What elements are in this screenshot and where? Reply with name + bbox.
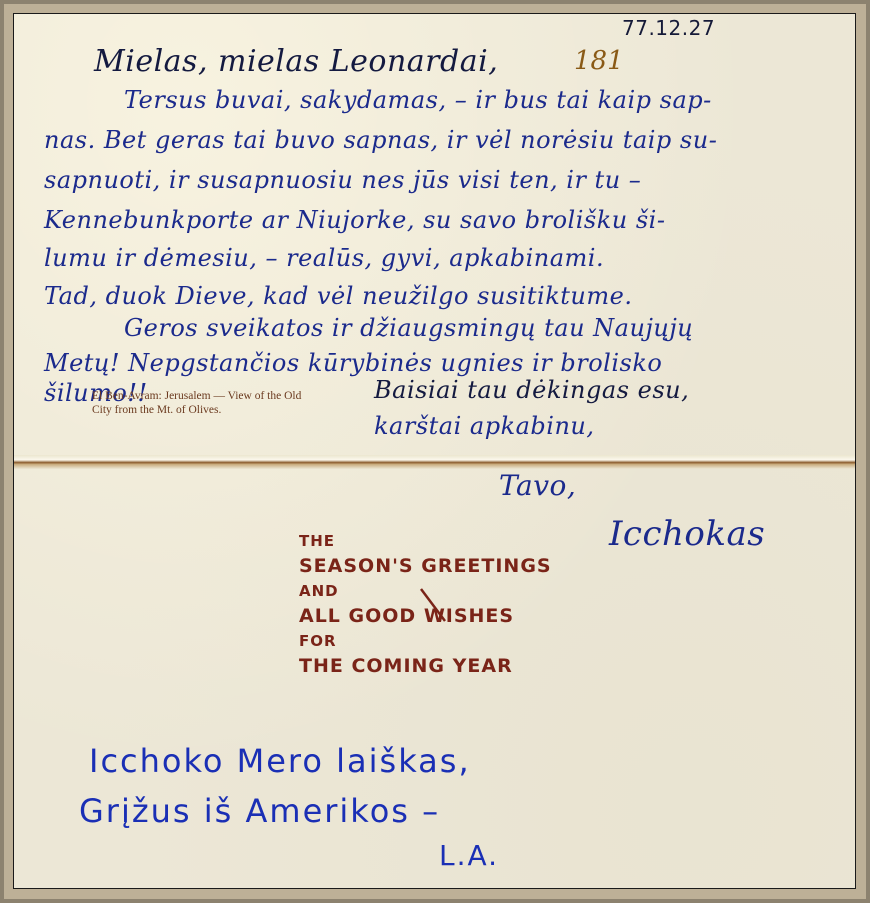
annotation-line: Icchoko Mero laiškas, (89, 742, 471, 780)
body-line: Geros sveikatos ir džiaugsmingų tau Nauj… (124, 314, 693, 342)
greeting-line: THE (299, 529, 552, 554)
card-fold (14, 455, 855, 469)
greeting-line: THE COMING YEAR (299, 654, 552, 679)
annotation-line: Grįžus iš Amerikos – (79, 792, 440, 830)
archive-mark: 181 (574, 46, 624, 76)
body-line: Tersus buvai, sakydamas, – ir bus tai ka… (124, 86, 712, 114)
caption-line: El Ben-Avram: Jerusalem — View of the Ol… (92, 389, 301, 403)
salutation: Mielas, mielas Leonardai, (94, 44, 498, 79)
signature: Icchokas (609, 514, 765, 554)
closing-line: karštai apkabinu, (374, 412, 595, 440)
body-line: Tad, duok Dieve, kad vėl neužilgo susiti… (44, 282, 632, 310)
letter-date: 77.12.27 (622, 16, 715, 40)
body-line: Kennebunkporte ar Niujorke, su savo brol… (44, 206, 665, 234)
body-line: lumu ir dėmesiu, – realūs, gyvi, apkabin… (44, 244, 604, 272)
greeting-card: 77.12.27 Mielas, mielas Leonardai, 181 T… (13, 13, 856, 889)
body-line: nas. Bet geras tai buvo sapnas, ir vėl n… (44, 126, 717, 154)
body-line: Metų! Nepgstančios kūrybinės ugnies ir b… (44, 349, 662, 377)
caption-line: City from the Mt. of Olives. (92, 403, 301, 417)
closing-line: Baisiai tau dėkingas esu, (374, 376, 689, 404)
sign-off: Tavo, (499, 469, 576, 502)
greeting-flourish (419, 587, 449, 627)
body-line: sapnuoti, ir susapnuosiu nes jūs visi te… (44, 166, 641, 194)
greeting-line: SEASON'S GREETINGS (299, 554, 552, 579)
print-caption: El Ben-Avram: Jerusalem — View of the Ol… (92, 389, 301, 417)
annotation-initials: L.A. (439, 839, 499, 872)
greeting-line: FOR (299, 629, 552, 654)
